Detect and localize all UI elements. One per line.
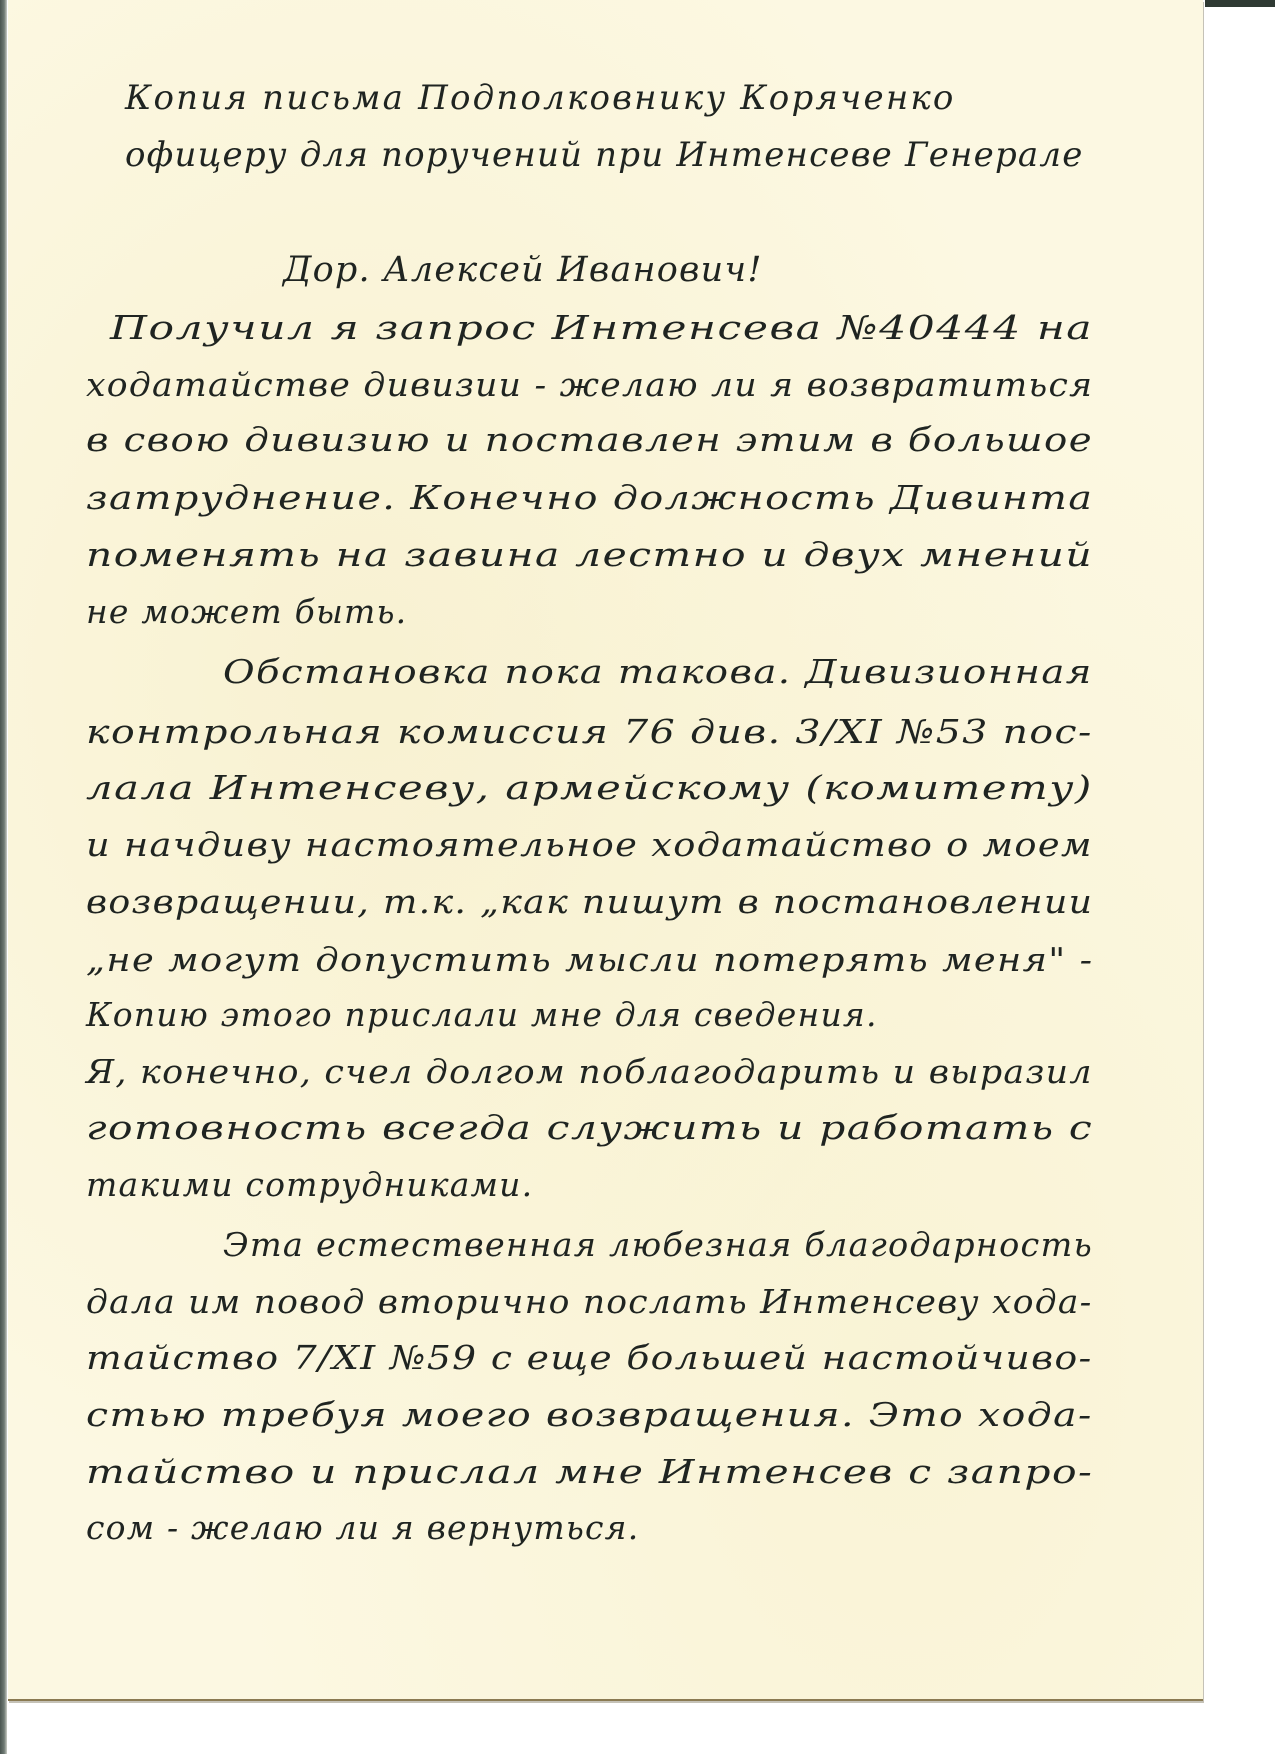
letter-line: затруднение. Конечно должность Дивинта xyxy=(86,478,1093,517)
heading-line-2: офицеру для поручений при Интенсеве Гене… xyxy=(125,135,1084,175)
letter-line: стью требуя моего возвращения. Это хода- xyxy=(86,1395,1093,1434)
letter-line: ходатайстве дивизии - желаю ли я возврат… xyxy=(86,365,1093,404)
letter-line: такими сотрудниками. xyxy=(86,1165,533,1204)
scan-edge-strip xyxy=(0,0,7,1754)
letter-line: Обстановка пока такова. Дивизионная xyxy=(223,652,1093,691)
letter-line: Получил я запрос Интенсева №40444 на xyxy=(110,308,1093,347)
letter-line: в свою дивизию и поставлен этим в большо… xyxy=(86,420,1093,459)
letter-line: Я, конечно, счел долгом поблагодарить и … xyxy=(86,1052,1093,1091)
letter-line: контрольная комиссия 76 див. 3/XI №53 по… xyxy=(86,712,1093,751)
letter-line: не может быть. xyxy=(86,592,407,631)
letter-line: „не могут допустить мысли потерять меня"… xyxy=(86,940,1093,979)
letter-page: Копия письма Подполковнику Коряченко офи… xyxy=(8,0,1203,1701)
salutation: Дор. Алексей Иванович! xyxy=(283,250,763,290)
letter-line: и начдиву настоятельное ходатайство о мо… xyxy=(86,825,1093,864)
scan-top-strip xyxy=(1205,0,1275,7)
letter-line: Эта естественная любезная благодарность xyxy=(223,1225,1093,1264)
letter-line: сом - желаю ли я вернуться. xyxy=(86,1508,639,1547)
letter-line: Копию этого прислали мне для сведения. xyxy=(86,995,878,1034)
heading-line-1: Копия письма Подполковнику Коряченко xyxy=(125,78,956,118)
letter-line: тайство и прислал мне Интенсев с запро- xyxy=(86,1452,1093,1491)
letter-line: готовность всегда служить и работать с xyxy=(86,1108,1093,1147)
letter-line: поменять на завина лестно и двух мнений xyxy=(86,535,1093,574)
letter-line: тайство 7/XI №59 с еще большей настойчив… xyxy=(86,1338,1093,1377)
letter-line: возвращении, т.к. „как пишут в постановл… xyxy=(86,882,1093,921)
letter-line: лала Интенсеву, армейскому (комитету) xyxy=(86,768,1093,807)
letter-line: дала им повод вторично послать Интенсеву… xyxy=(86,1282,1093,1321)
